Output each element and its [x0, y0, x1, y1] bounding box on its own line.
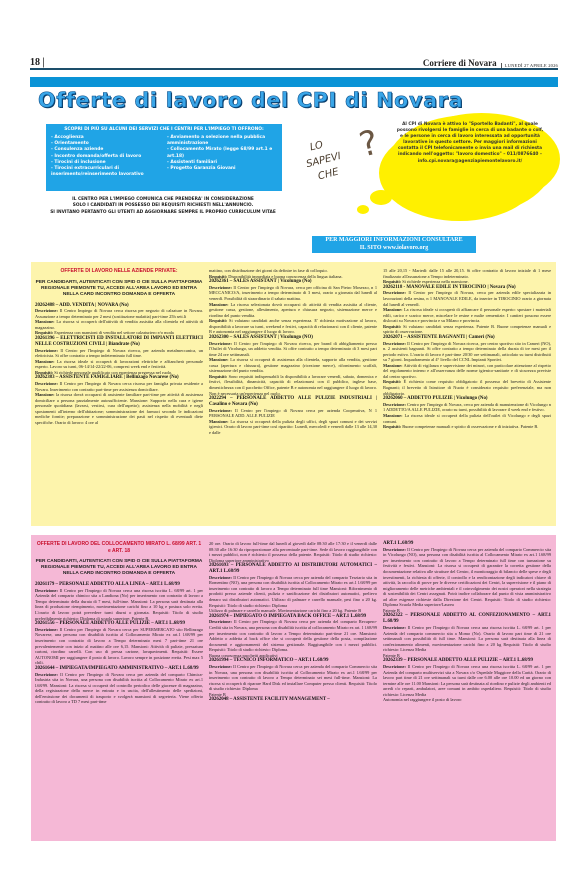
job-detail: Descrizione: Il Centro per l'impiego di … — [209, 408, 377, 419]
job-detail: Descrizione: Il Centro per l'Impiego di … — [383, 547, 551, 608]
thought-bubble-puff — [357, 205, 369, 214]
job-title: 20261396 – ELETTRICISTI ED INSTALLATORI … — [35, 336, 203, 348]
field-label: Mansione: — [383, 413, 403, 418]
list-item: - Avviamento a selezione nella pubblica … — [167, 135, 277, 147]
job-detail: Requisiti: Si valutano candidati anche s… — [209, 318, 377, 335]
website-link[interactable]: IL SITO www.iolavoro.org — [312, 245, 476, 253]
job-detail: Descrizione: Il Centro per l'Impiego di … — [35, 627, 203, 666]
list-item: SOLO I CANDIDATI IN POSSESSO DEI REQUISI… — [36, 203, 290, 209]
field-label: Descrizione: — [209, 619, 232, 624]
job-detail: Mansione: La risorsa ideale si occuperà … — [383, 413, 551, 424]
field-label: Descrizione: — [35, 672, 58, 677]
private-col-1: OFFERTE DI LAVORO NELLE AZIENDE PRIVATE:… — [35, 268, 203, 426]
field-label: Descrizione: — [35, 308, 58, 313]
field-label: Requisiti: — [209, 318, 227, 323]
field-label: Requisiti: — [383, 324, 401, 329]
job-title: 20262322 – PERSONALE ADDETTO AL CONFEZIO… — [383, 613, 551, 625]
field-label: Descrizione: — [35, 588, 58, 593]
field-label: Descrizione: — [209, 575, 232, 580]
section-subtitle: PER CANDIDARTI, AUTENTICATI CON SPID O C… — [35, 559, 203, 577]
field-label: Descrizione: — [383, 664, 406, 669]
job-detail: Descrizione: Il Centro per l'impiego di … — [209, 341, 377, 358]
field-label: Descrizione: — [383, 402, 406, 407]
job-detail: Mansione: La risorsa si occuperà di assi… — [209, 357, 377, 374]
more-info-box[interactable]: PER MAGGIORI INFORMAZIONI CONSULTARE IL … — [312, 236, 476, 253]
field-label: Descrizione: — [209, 664, 232, 669]
list-item: - Progetto Garanzia Giovani — [167, 166, 277, 172]
mirato-col-1: OFFERTE DI LAVORO DEL COLLOCAMENTO MIRAT… — [35, 541, 203, 705]
field-label: Requisiti: — [35, 330, 53, 335]
lo-sapevi-che-graphic: LO SAPEVI CHE ? — [306, 133, 390, 195]
field-label: Descrizione: — [209, 285, 232, 290]
services-title: SCOPRI DI PIÙ SU ALCUNI DEI SERVIZI CHE … — [51, 127, 277, 132]
field-label: Mansione: — [209, 302, 229, 307]
job-detail: Descrizione: Il Centro per l'impiego di … — [383, 290, 551, 307]
field-label: Requisiti: — [383, 424, 401, 429]
job-detail: Mansione: La risorsa ideale si occuperà … — [383, 307, 551, 324]
field-label: Descrizione: — [35, 348, 58, 353]
question-mark-icon: ? — [356, 125, 382, 162]
job-detail: Mansione: La risorsa selezionata dovrà o… — [209, 302, 377, 319]
field-label: Mansione: — [209, 419, 229, 424]
services-box: SCOPRI DI PIÙ SU ALCUNI DEI SERVIZI CHE … — [46, 124, 282, 191]
masthead: Corriere di Novara LUNEDÌ 27 APRILE 2026 — [423, 58, 558, 68]
job-detail: Mansione: La risorsa ideale si occuperà … — [35, 359, 203, 370]
field-label: Requisiti: — [383, 379, 401, 384]
job-list: 20261179 – PERSONALE ADDETTO ALLA LINEA … — [35, 582, 203, 705]
job-detail: Descrizione: Il Centro per l'Impiego di … — [35, 672, 203, 705]
job-detail: Requisiti: Sono requisiti indispensabili… — [209, 374, 377, 396]
section-subtitle: PER CANDIDARTI, AUTENTICATI CON SPID O C… — [35, 280, 203, 298]
field-label: Mansione: — [383, 307, 403, 312]
services-list-left: - Accoglienza- Orientamento- Consulenza … — [51, 135, 161, 178]
field-label: Requisiti: — [209, 274, 227, 279]
field-label: Descrizione: — [35, 381, 58, 386]
private-offers-section: OFFERTE DI LAVORO NELLE AZIENDE PRIVATE:… — [31, 262, 556, 526]
services-list-right: - Avviamento a selezione nella pubblica … — [167, 135, 277, 178]
blue-banner-bar — [30, 77, 558, 87]
job-detail: Descrizione: Il Centro per l'Impiego di … — [383, 625, 551, 653]
job-detail: Descrizione: Centro per l'impiego di Nov… — [383, 402, 551, 413]
job-detail: Mansione: la risorsa dovrà occuparsi di … — [35, 392, 203, 425]
job-detail: Requisiti: Si valutano candidati senza e… — [383, 324, 551, 335]
job-detail: Descrizione: Il Centro per l'Impiego di … — [383, 664, 551, 697]
job-detail: Requisiti: È richiesto come requisito ob… — [383, 379, 551, 396]
job-detail: Descrizione: Il Centro per l'Impiego di … — [35, 381, 203, 392]
private-col-3: 15 alle 20,15 - Martedì: dalle 15 alle 2… — [383, 268, 551, 430]
list-item: SI INVITANO PERTANTO GLI UTENTI AD AGGIO… — [36, 210, 290, 216]
field-label: Mansione: — [35, 392, 55, 397]
job-detail: Utilizzo di palmare e carrello manuale. … — [209, 608, 377, 614]
thought-bubble-puff — [370, 190, 392, 205]
job-title: 20261644 – IMPIEGATA/IMPIEGATO AMMINISTR… — [35, 666, 203, 672]
job-detail: Mansione: Attività di vigilanza e superv… — [383, 363, 551, 380]
page-number: 18 | — [30, 57, 45, 68]
job-detail: Descrizione: Il Centro per l'impiego di … — [209, 285, 377, 302]
field-label: Mansione: — [209, 357, 229, 362]
page-title: Offerte di lavoro del CPI di Novara — [38, 88, 538, 112]
field-label: Descrizione: — [209, 341, 232, 346]
list-item: - Collocamento Mirato (legge 68/99 art.1… — [167, 147, 277, 159]
job-detail: 20 ore. Orario di lavoro full-time dal l… — [209, 541, 377, 563]
job-detail: Descrizione: Il Centro per l'Impiego di … — [35, 588, 203, 621]
section-title: OFFERTE DI LAVORO DEL COLLOCAMENTO MIRAT… — [35, 541, 203, 554]
field-label: Descrizione: — [209, 408, 232, 413]
page-header: 18 | Corriere di Novara LUNEDÌ 27 APRILE… — [30, 56, 558, 68]
job-title: 20261693 – PERSONALE ADDETTO AI DISTRIBU… — [209, 563, 377, 575]
job-detail: Descrizione: Il Centro per l'Impiego di … — [209, 619, 377, 652]
cpi-notice: IL CENTRO PER L'IMPIEGO COMUNICA CHE PRE… — [36, 197, 290, 216]
list-item: - Tirocini extracurriculari di inserimen… — [51, 166, 161, 178]
mirato-col-3: ART.1 L.68/99Descrizione: Il Centro per … — [383, 541, 551, 703]
field-label: Descrizione: — [383, 290, 406, 295]
sapevi-line-3: CHE — [317, 167, 340, 183]
field-label: Mansione: — [383, 363, 403, 368]
field-label: Descrizione: — [383, 547, 406, 552]
section-title: OFFERTE DI LAVORO NELLE AZIENDE PRIVATE: — [35, 268, 203, 275]
field-label: Mansione: — [35, 359, 55, 364]
job-title: 20261179 – PERSONALE ADDETTO ALLA LINEA … — [35, 582, 203, 588]
header-rule — [30, 68, 558, 70]
job-list: 20262488 – ADD. VENDITA | NOVARA (No)Des… — [35, 303, 203, 426]
field-label: Requisiti: — [35, 370, 53, 375]
field-label: Mansione: — [35, 319, 55, 324]
job-detail: Descrizione: Il Centro per l'Impiego di … — [209, 575, 377, 608]
sportello-badanti-text: Al CPI di Novara è attivo lo "Sportello … — [396, 122, 544, 165]
job-detail: Requisiti: Buone competenze manuali e sp… — [383, 424, 551, 430]
job-detail: Descrizione: Il Centro Impiego di Novara… — [35, 308, 203, 319]
more-info-line-1: PER MAGGIORI INFORMAZIONI CONSULTARE — [312, 237, 476, 245]
field-label: Descrizione: — [35, 627, 58, 632]
job-title: 2022294 – PERSONALE ADDETTO ALLE PULIZIE… — [209, 396, 377, 408]
job-detail: 15 alle 20,15 - Martedì: dalle 15 alle 2… — [383, 268, 551, 279]
collocamento-mirato-section: OFFERTE DI LAVORO DEL COLLOCAMENTO MIRAT… — [31, 535, 556, 841]
field-label: Descrizione: — [383, 341, 406, 346]
newspaper-name: Corriere di Novara — [423, 58, 497, 68]
job-detail: Mansione: La risorsa si occuperà della p… — [209, 419, 377, 436]
field-label: Descrizione: — [383, 625, 406, 630]
job-detail: Descrizione: Il Centro per l'impiego di … — [383, 341, 551, 363]
job-title: 20262048 – ASSISTENTE FACILITY MANAGEMEN… — [209, 697, 377, 703]
job-detail: Descrizione: Il Centro per l'Impiego di … — [35, 348, 203, 359]
mirato-col-2: 20 ore. Orario di lavoro full-time dal l… — [209, 541, 377, 703]
job-detail: Autonomia nel raggiungere il posto di la… — [383, 697, 551, 703]
private-col-2: mattino, con distribuzione dei giorni da… — [209, 268, 377, 435]
sapevi-line-1: LO — [309, 140, 324, 154]
job-detail: Descrizione: Il Centro per l'Impiego di … — [209, 664, 377, 692]
job-detail: Mansione: La risorsa si occuperà dell'at… — [35, 319, 203, 330]
field-label: Requisiti: — [209, 374, 227, 379]
field-label: Requisiti: — [383, 279, 401, 284]
